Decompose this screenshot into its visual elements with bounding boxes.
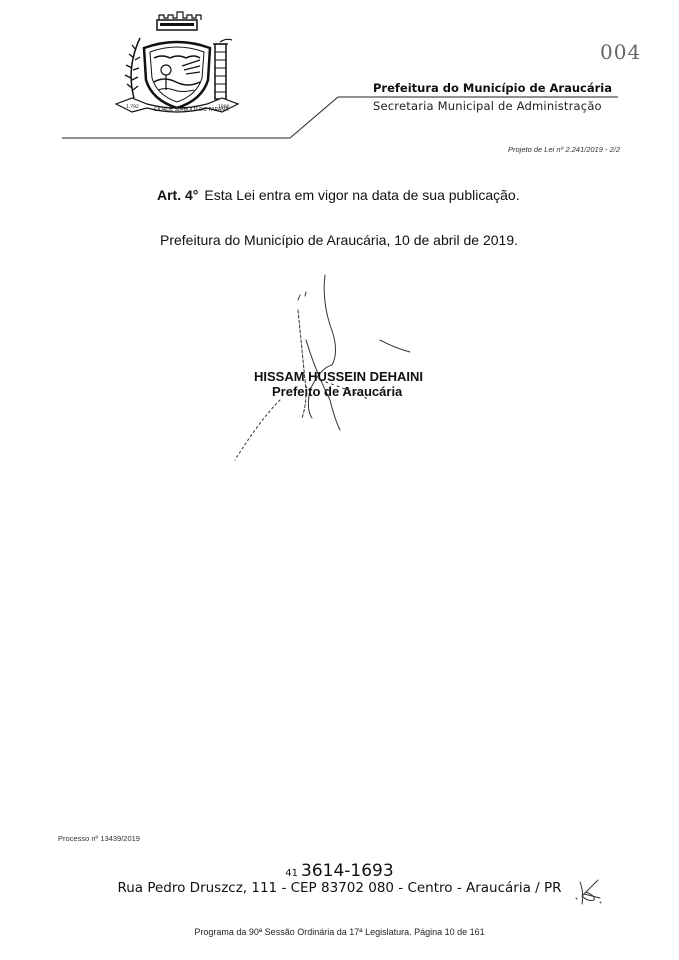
article-4: Art. 4°Esta Lei entra em vigor na data d… bbox=[157, 187, 520, 203]
signer-name: HISSAM HUSSEIN DEHAINI bbox=[254, 369, 423, 384]
bill-reference: Projeto de Lei nº 2.241/2019 - 2/2 bbox=[508, 145, 620, 154]
department-name: Secretaria Municipal de Administração bbox=[373, 99, 602, 113]
header-divider-lines bbox=[0, 0, 679, 150]
svg-text:1.792: 1.792 bbox=[126, 104, 139, 110]
coat-of-arms-icon: 1.792 CIDADE SÍMBOLO DO PARANÁ 1890 bbox=[112, 8, 242, 116]
process-number: Processo nº 13439/2019 bbox=[58, 834, 140, 843]
place-date: Prefeitura do Município de Araucária, 10… bbox=[160, 232, 518, 248]
article-label: Art. 4° bbox=[157, 187, 198, 203]
article-text: Esta Lei entra em vigor na data de sua p… bbox=[204, 187, 519, 203]
phone-digits: 3614-1693 bbox=[301, 861, 394, 881]
session-program-footer: Programa da 90ª Sessão Ordinária da 17ª … bbox=[0, 927, 679, 937]
organization-name: Prefeitura do Município de Araucária bbox=[373, 81, 612, 95]
phone-area-code: 41 bbox=[285, 868, 298, 879]
svg-text:1890: 1890 bbox=[218, 104, 230, 110]
document-stamp-number: 004 bbox=[600, 40, 641, 64]
handwritten-initials-icon bbox=[572, 876, 604, 908]
signer-role: Prefeito de Araucária bbox=[272, 384, 402, 399]
